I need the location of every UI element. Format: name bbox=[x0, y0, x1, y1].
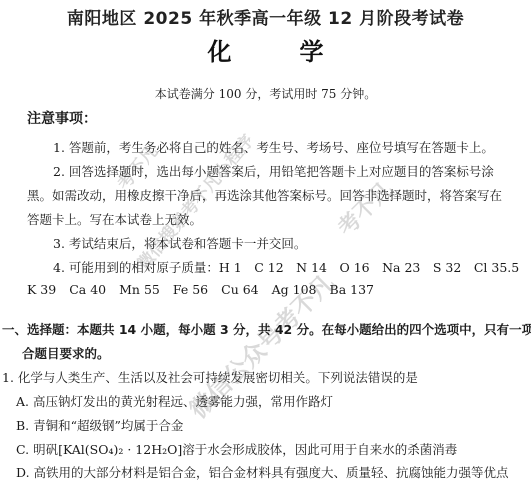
notice-item-2-cont: 黑。如需改动，用橡皮擦干净后，再选涂其他答案标号。回答非选择题时，将答案写在 bbox=[27, 186, 517, 204]
option-d: D. 高铁用的大部分材料是铝合金，铝合金材料具有强度大、质量轻、抗腐蚀能力强等优… bbox=[16, 463, 509, 481]
mass-fe: Fe 56 bbox=[173, 282, 208, 297]
subject-char: 化 bbox=[208, 32, 232, 67]
mass-ba: Ba 137 bbox=[330, 282, 374, 297]
mass-ag: Ag 108 bbox=[272, 282, 317, 297]
notice-item-2-end: 答题卡上。写在本试卷上无效。 bbox=[27, 210, 517, 228]
notice-item-1: 1. 答题前，考生务必将自己的姓名、考生号、考场号、座位号填写在答题卡上。 bbox=[27, 138, 531, 156]
question-stem: 1. 化学与人类生产、生活以及社会可持续发展密切相关。下列说法错误的是 bbox=[2, 368, 418, 386]
subject-title: 化学 bbox=[0, 32, 531, 67]
watermark: 考不凡 bbox=[330, 173, 399, 242]
subject-char: 学 bbox=[300, 32, 324, 67]
mass-mn: Mn 55 bbox=[119, 282, 160, 297]
mass-k: K 39 bbox=[27, 282, 56, 297]
atomic-masses: K 39Ca 40Mn 55Fe 56Cu 64Ag 108Ba 137 bbox=[27, 282, 517, 297]
option-b: B. 青铜和“超级钢”均属于合金 bbox=[16, 416, 183, 434]
notice-item-4: 4. 可能用到的相对原子质量：H 1 C 12 N 14 O 16 Na 23 … bbox=[27, 258, 531, 276]
option-a: A. 高压钠灯发出的黄光射程远、透雾能力强，常用作路灯 bbox=[16, 392, 333, 410]
option-c: C. 明矾[KAl(SO₄)₂ · 12H₂O]溶于水会形成胶体，因此可用于自来… bbox=[16, 440, 457, 458]
mass-ca: Ca 40 bbox=[69, 282, 106, 297]
exam-info: 本试卷满分 100 分，考试用时 75 分钟。 bbox=[0, 85, 531, 102]
section-heading: 一、选择题：本题共 14 小题，每小题 3 分，共 42 分。在每小题给出的四个… bbox=[2, 320, 527, 338]
exam-page: 南阳地区 2025 年秋季高一年级 12 月阶段考试卷 化学 本试卷满分 100… bbox=[0, 0, 531, 482]
notice-item-2: 2. 回答选择题时，选出每小题答案后，用铅笔把答题卡上对应题目的答案标号涂 bbox=[27, 162, 531, 180]
notice-item-3: 3. 考试结束后，将本试卷和答题卡一并交回。 bbox=[27, 234, 531, 252]
notice-heading: 注意事项： bbox=[27, 108, 97, 128]
section-heading-cont: 合题目要求的。 bbox=[22, 344, 531, 362]
mass-cu: Cu 64 bbox=[221, 282, 259, 297]
exam-title: 南阳地区 2025 年秋季高一年级 12 月阶段考试卷 bbox=[0, 4, 531, 29]
